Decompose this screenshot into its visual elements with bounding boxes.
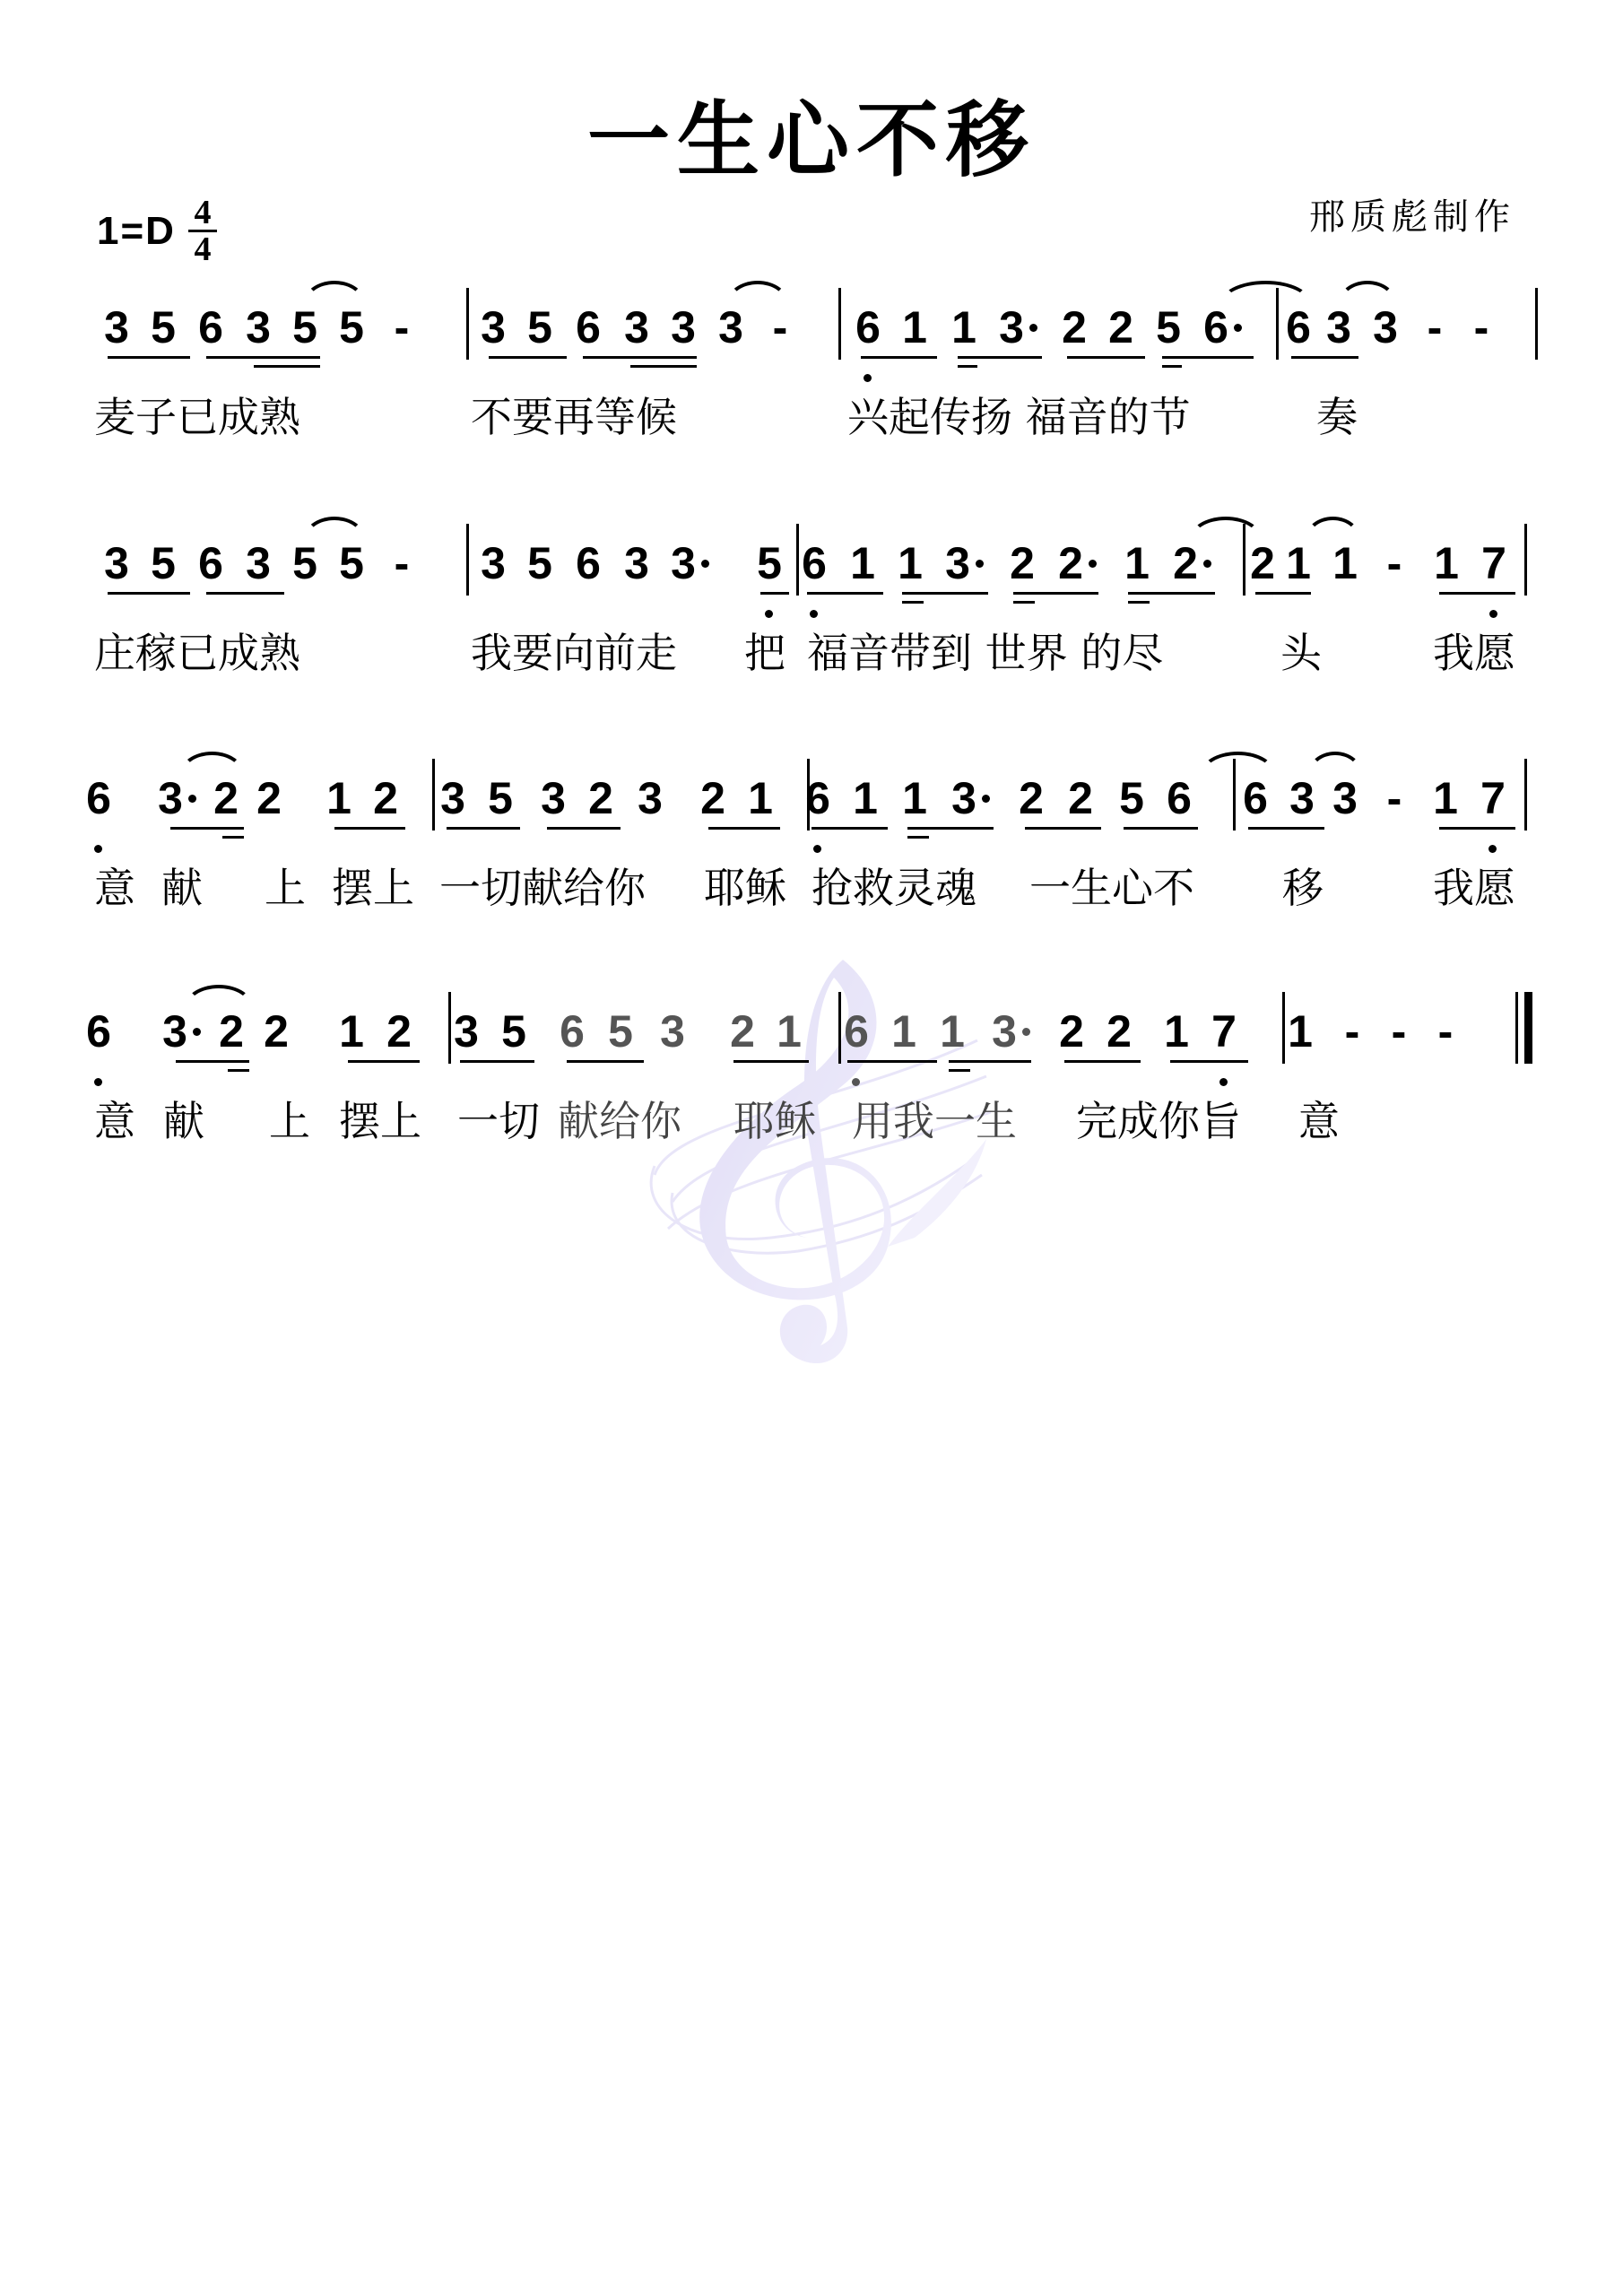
beam-underline <box>1128 592 1215 595</box>
lyric-text: 上 <box>269 1094 310 1148</box>
beam-underline <box>1124 827 1198 830</box>
note: 1 <box>897 300 933 354</box>
lyric-text: 献给你 <box>558 1094 681 1148</box>
beam-underline <box>902 592 988 595</box>
note: 6 <box>193 300 229 354</box>
final-barline-thin <box>1515 992 1518 1064</box>
note: 1 <box>1327 536 1363 590</box>
note: 1 <box>1159 1004 1194 1058</box>
note: 1 <box>321 771 357 825</box>
lyric-text: 摆上 <box>339 1094 421 1148</box>
beam-underline <box>1013 592 1098 595</box>
lyric-text: 耶稣 <box>733 1094 816 1148</box>
lower-octave-dot <box>765 610 773 618</box>
beam-underline <box>222 836 244 839</box>
note: 2 <box>1101 1004 1137 1058</box>
note: 6 <box>554 1004 590 1058</box>
note: 3 <box>435 771 471 825</box>
beam-underline <box>958 356 1042 359</box>
lyrics-row: 意献上摆上一切献给你耶稣用我一生完成你旨意 <box>0 1094 1623 1148</box>
augmentation-dot <box>976 560 984 568</box>
augmentation-dot <box>1234 324 1242 332</box>
note: 1 <box>946 300 982 354</box>
beam-underline <box>206 592 284 595</box>
lower-octave-dot <box>94 845 102 853</box>
note: 5 <box>145 300 181 354</box>
beam-underline <box>1439 827 1515 830</box>
beam-underline <box>348 1060 420 1063</box>
lyric-text: 我愿 <box>1433 626 1515 680</box>
time-signature: 4 4 <box>188 197 217 265</box>
note: 3 <box>665 300 701 354</box>
author-credit: 邢质彪制作 <box>1309 188 1515 239</box>
note: 3 <box>655 1004 690 1058</box>
lyric-text: 耶稣 <box>704 861 786 915</box>
lower-octave-dot <box>1489 610 1497 618</box>
note: 2 <box>1004 536 1040 590</box>
beam-underline <box>760 592 789 595</box>
beam-underline <box>847 1060 937 1063</box>
lyric-text: 我愿 <box>1433 861 1515 915</box>
sustain-dash: - <box>1463 300 1499 354</box>
note: 3 <box>475 300 511 354</box>
barline <box>466 288 469 360</box>
note: 5 <box>751 536 787 590</box>
sustain-dash: - <box>1417 300 1453 354</box>
note: 6 <box>81 771 117 825</box>
beam-underline <box>949 1060 1031 1063</box>
lyric-text: 移 <box>1282 861 1324 915</box>
tie-slur <box>1305 517 1361 540</box>
tie-slur <box>184 985 254 1008</box>
barline <box>466 524 469 596</box>
tie-slur <box>1200 752 1276 775</box>
beam-underline <box>811 827 888 830</box>
sustain-dash: - <box>1381 1004 1417 1058</box>
note: 3 <box>99 536 135 590</box>
note: 1 <box>845 536 881 590</box>
note: 3 <box>99 300 135 354</box>
note: 2 <box>725 1004 760 1058</box>
note: 3 <box>535 771 571 825</box>
lyric-text: 上 <box>265 861 306 915</box>
note: 3 <box>940 536 976 590</box>
beam-underline <box>170 827 244 830</box>
note: 7 <box>1206 1004 1242 1058</box>
sustain-dash: - <box>1428 1004 1463 1058</box>
beam-underline <box>108 356 190 359</box>
note: 3 <box>448 1004 484 1058</box>
augmentation-dot <box>1022 1028 1030 1036</box>
beam-underline <box>1291 356 1358 359</box>
lyric-text: 庄稼已成熟 <box>94 626 300 680</box>
beam-underline <box>1064 1060 1141 1063</box>
note: 6 <box>800 771 836 825</box>
barline <box>807 759 810 831</box>
note: 6 <box>570 536 606 590</box>
lower-octave-dot <box>864 374 872 382</box>
note: 5 <box>334 300 369 354</box>
beam-underline <box>176 1060 249 1063</box>
lower-octave-dot <box>1219 1078 1228 1086</box>
barline <box>1535 288 1538 360</box>
note: 3 <box>713 300 749 354</box>
note: 6 <box>1198 300 1234 354</box>
lyric-text: 摆上 <box>332 861 414 915</box>
note: 5 <box>287 300 323 354</box>
barline <box>432 759 435 831</box>
beam-underline <box>1067 356 1145 359</box>
note: 3 <box>475 536 511 590</box>
note: 5 <box>145 536 181 590</box>
lyric-text: 不要再等候 <box>471 390 677 444</box>
barline <box>1524 524 1527 596</box>
note: 3 <box>240 300 276 354</box>
beam-underline <box>807 592 883 595</box>
beam-underline <box>861 356 937 359</box>
lyric-text: 头 <box>1280 626 1322 680</box>
note: 2 <box>1245 536 1280 590</box>
beam-underline <box>489 356 567 359</box>
note: 1 <box>1428 771 1463 825</box>
note: 2 <box>695 771 731 825</box>
note: 1 <box>1280 536 1316 590</box>
beam-underline <box>334 827 405 830</box>
note: 6 <box>1161 771 1197 825</box>
beam-underline <box>708 827 780 830</box>
note: 2 <box>1063 771 1098 825</box>
note: 6 <box>850 300 886 354</box>
beam-underline <box>1248 827 1324 830</box>
lyric-text: 意 <box>1298 1094 1340 1148</box>
note: 2 <box>213 1004 249 1058</box>
lyric-text: 一切献给你 <box>439 861 646 915</box>
lyrics-row: 意献上摆上一切献给你耶稣抢救灵魂一生心不移我愿 <box>0 861 1623 915</box>
note: 3 <box>1367 300 1403 354</box>
tie-slur <box>1307 752 1363 775</box>
song-title: 一生心不移 <box>0 99 1623 181</box>
note: 5 <box>482 771 518 825</box>
lyric-text: 福音带到 世界 的尽 <box>807 626 1163 680</box>
note: 3 <box>986 1004 1022 1058</box>
note: 3 <box>946 771 982 825</box>
augmentation-dot <box>701 560 709 568</box>
note: 1 <box>771 1004 807 1058</box>
beam-underline <box>1162 365 1182 368</box>
sustain-dash: - <box>384 300 420 354</box>
barline <box>1524 759 1527 831</box>
note: 1 <box>742 771 778 825</box>
beam-underline <box>447 827 520 830</box>
beam-underline <box>949 1069 970 1072</box>
note: 6 <box>81 1004 117 1058</box>
beam-underline <box>567 1060 644 1063</box>
tie-slur <box>303 281 366 304</box>
note: 6 <box>796 536 832 590</box>
beam-underline <box>1162 356 1254 359</box>
note: 5 <box>496 1004 532 1058</box>
beam-underline <box>958 365 977 368</box>
lyric-text: 我要向前走 <box>471 626 677 680</box>
lyric-text: 意 <box>94 861 135 915</box>
note: 5 <box>522 536 558 590</box>
note: 3 <box>157 1004 193 1058</box>
note: 1 <box>1119 536 1155 590</box>
key-signature: 1=D <box>97 212 176 251</box>
beam-underline <box>108 592 190 595</box>
note: 3 <box>665 536 701 590</box>
lower-octave-dot <box>852 1078 860 1086</box>
note: 5 <box>334 536 369 590</box>
note: 3 <box>619 300 655 354</box>
beam-underline <box>630 365 697 368</box>
augmentation-dot <box>193 1028 201 1036</box>
augmentation-dot <box>1029 324 1037 332</box>
sustain-dash: - <box>1376 771 1412 825</box>
note: 5 <box>1114 771 1150 825</box>
lyrics-row: 庄稼已成熟我要向前走把福音带到 世界 的尽头我愿 <box>0 626 1623 680</box>
beam-underline <box>206 356 320 359</box>
note: 2 <box>1167 536 1203 590</box>
note: 2 <box>1056 300 1092 354</box>
note: 2 <box>368 771 404 825</box>
lyric-text: 献 <box>161 861 203 915</box>
note: 1 <box>1282 1004 1318 1058</box>
barline <box>838 992 841 1064</box>
barline <box>1282 992 1285 1064</box>
lyric-text: 奏 <box>1316 390 1358 444</box>
lower-octave-dot <box>1488 845 1497 853</box>
lyric-text: 兴起传扬 福音的节 <box>847 390 1191 444</box>
tie-slur <box>1219 281 1312 304</box>
note: 2 <box>1054 1004 1089 1058</box>
lyrics-row: 麦子已成熟不要再等候兴起传扬 福音的节奏 <box>0 390 1623 444</box>
note: 3 <box>1284 771 1320 825</box>
key-time-signature: 1=D 4 4 <box>97 197 217 265</box>
barline <box>448 992 451 1064</box>
note: 1 <box>1428 536 1464 590</box>
tie-slur <box>179 752 245 775</box>
augmentation-dot <box>1203 560 1211 568</box>
beam-underline <box>254 365 320 368</box>
note: 1 <box>934 1004 970 1058</box>
beam-underline <box>1013 601 1035 604</box>
note: 5 <box>1150 300 1186 354</box>
beam-underline <box>583 356 697 359</box>
note: 2 <box>208 771 244 825</box>
lyric-text: 一切 <box>457 1094 540 1148</box>
time-denominator: 4 <box>194 234 211 265</box>
note: 1 <box>897 771 933 825</box>
beam-underline <box>1025 827 1101 830</box>
note: 1 <box>886 1004 922 1058</box>
beam-underline <box>460 1060 534 1063</box>
beam-underline <box>1170 1060 1248 1063</box>
note: 3 <box>619 536 655 590</box>
note: 2 <box>251 771 287 825</box>
note: 6 <box>1280 300 1316 354</box>
note: 3 <box>1321 300 1357 354</box>
note: 2 <box>1053 536 1089 590</box>
barline <box>796 524 799 596</box>
note: 6 <box>570 300 606 354</box>
beam-underline <box>907 827 994 830</box>
note: 2 <box>583 771 619 825</box>
sustain-dash: - <box>1334 1004 1370 1058</box>
tie-slur <box>1189 517 1263 540</box>
note: 1 <box>892 536 928 590</box>
note: 1 <box>334 1004 369 1058</box>
lower-octave-dot <box>94 1078 102 1086</box>
note: 3 <box>152 771 188 825</box>
beam-underline <box>1255 592 1311 595</box>
time-numerator: 4 <box>194 197 211 228</box>
beam-underline <box>733 1060 809 1063</box>
lyric-text: 完成你旨 <box>1076 1094 1241 1148</box>
beam-underline <box>1128 601 1150 604</box>
note: 5 <box>603 1004 638 1058</box>
note: 6 <box>838 1004 874 1058</box>
note: 2 <box>1103 300 1139 354</box>
lyric-text: 用我一生 <box>852 1094 1017 1148</box>
lyric-text: 意 <box>94 1094 135 1148</box>
lyric-text: 抢救灵魂 <box>811 861 976 915</box>
lower-octave-dot <box>810 610 818 618</box>
lyric-text: 麦子已成熟 <box>94 390 300 444</box>
sustain-dash: - <box>1376 536 1412 590</box>
lower-octave-dot <box>813 845 821 853</box>
beam-underline <box>1439 592 1515 595</box>
note: 5 <box>522 300 558 354</box>
beam-underline <box>547 827 621 830</box>
barline <box>838 288 841 360</box>
note: 7 <box>1476 536 1512 590</box>
sustain-dash: - <box>762 300 798 354</box>
note: 6 <box>193 536 229 590</box>
lyric-text: 献 <box>163 1094 204 1148</box>
tie-slur <box>1338 281 1397 304</box>
note: 3 <box>240 536 276 590</box>
lyric-text: 一生心不 <box>1029 861 1194 915</box>
augmentation-dot <box>982 795 990 803</box>
beam-underline <box>902 601 924 604</box>
tie-slur <box>726 281 789 304</box>
lyric-text: 把 <box>744 626 785 680</box>
augmentation-dot <box>1089 560 1097 568</box>
note: 2 <box>381 1004 417 1058</box>
note: 7 <box>1475 771 1511 825</box>
note: 5 <box>287 536 323 590</box>
tie-slur <box>303 517 366 540</box>
beam-underline <box>228 1069 249 1072</box>
note: 1 <box>847 771 883 825</box>
note: 2 <box>1013 771 1049 825</box>
beam-underline <box>907 836 929 839</box>
note: 2 <box>258 1004 294 1058</box>
final-barline-thick <box>1524 992 1532 1064</box>
note: 3 <box>994 300 1029 354</box>
note: 3 <box>632 771 668 825</box>
note: 3 <box>1327 771 1363 825</box>
augmentation-dot <box>188 795 196 803</box>
note: 6 <box>1237 771 1273 825</box>
sustain-dash: - <box>384 536 420 590</box>
